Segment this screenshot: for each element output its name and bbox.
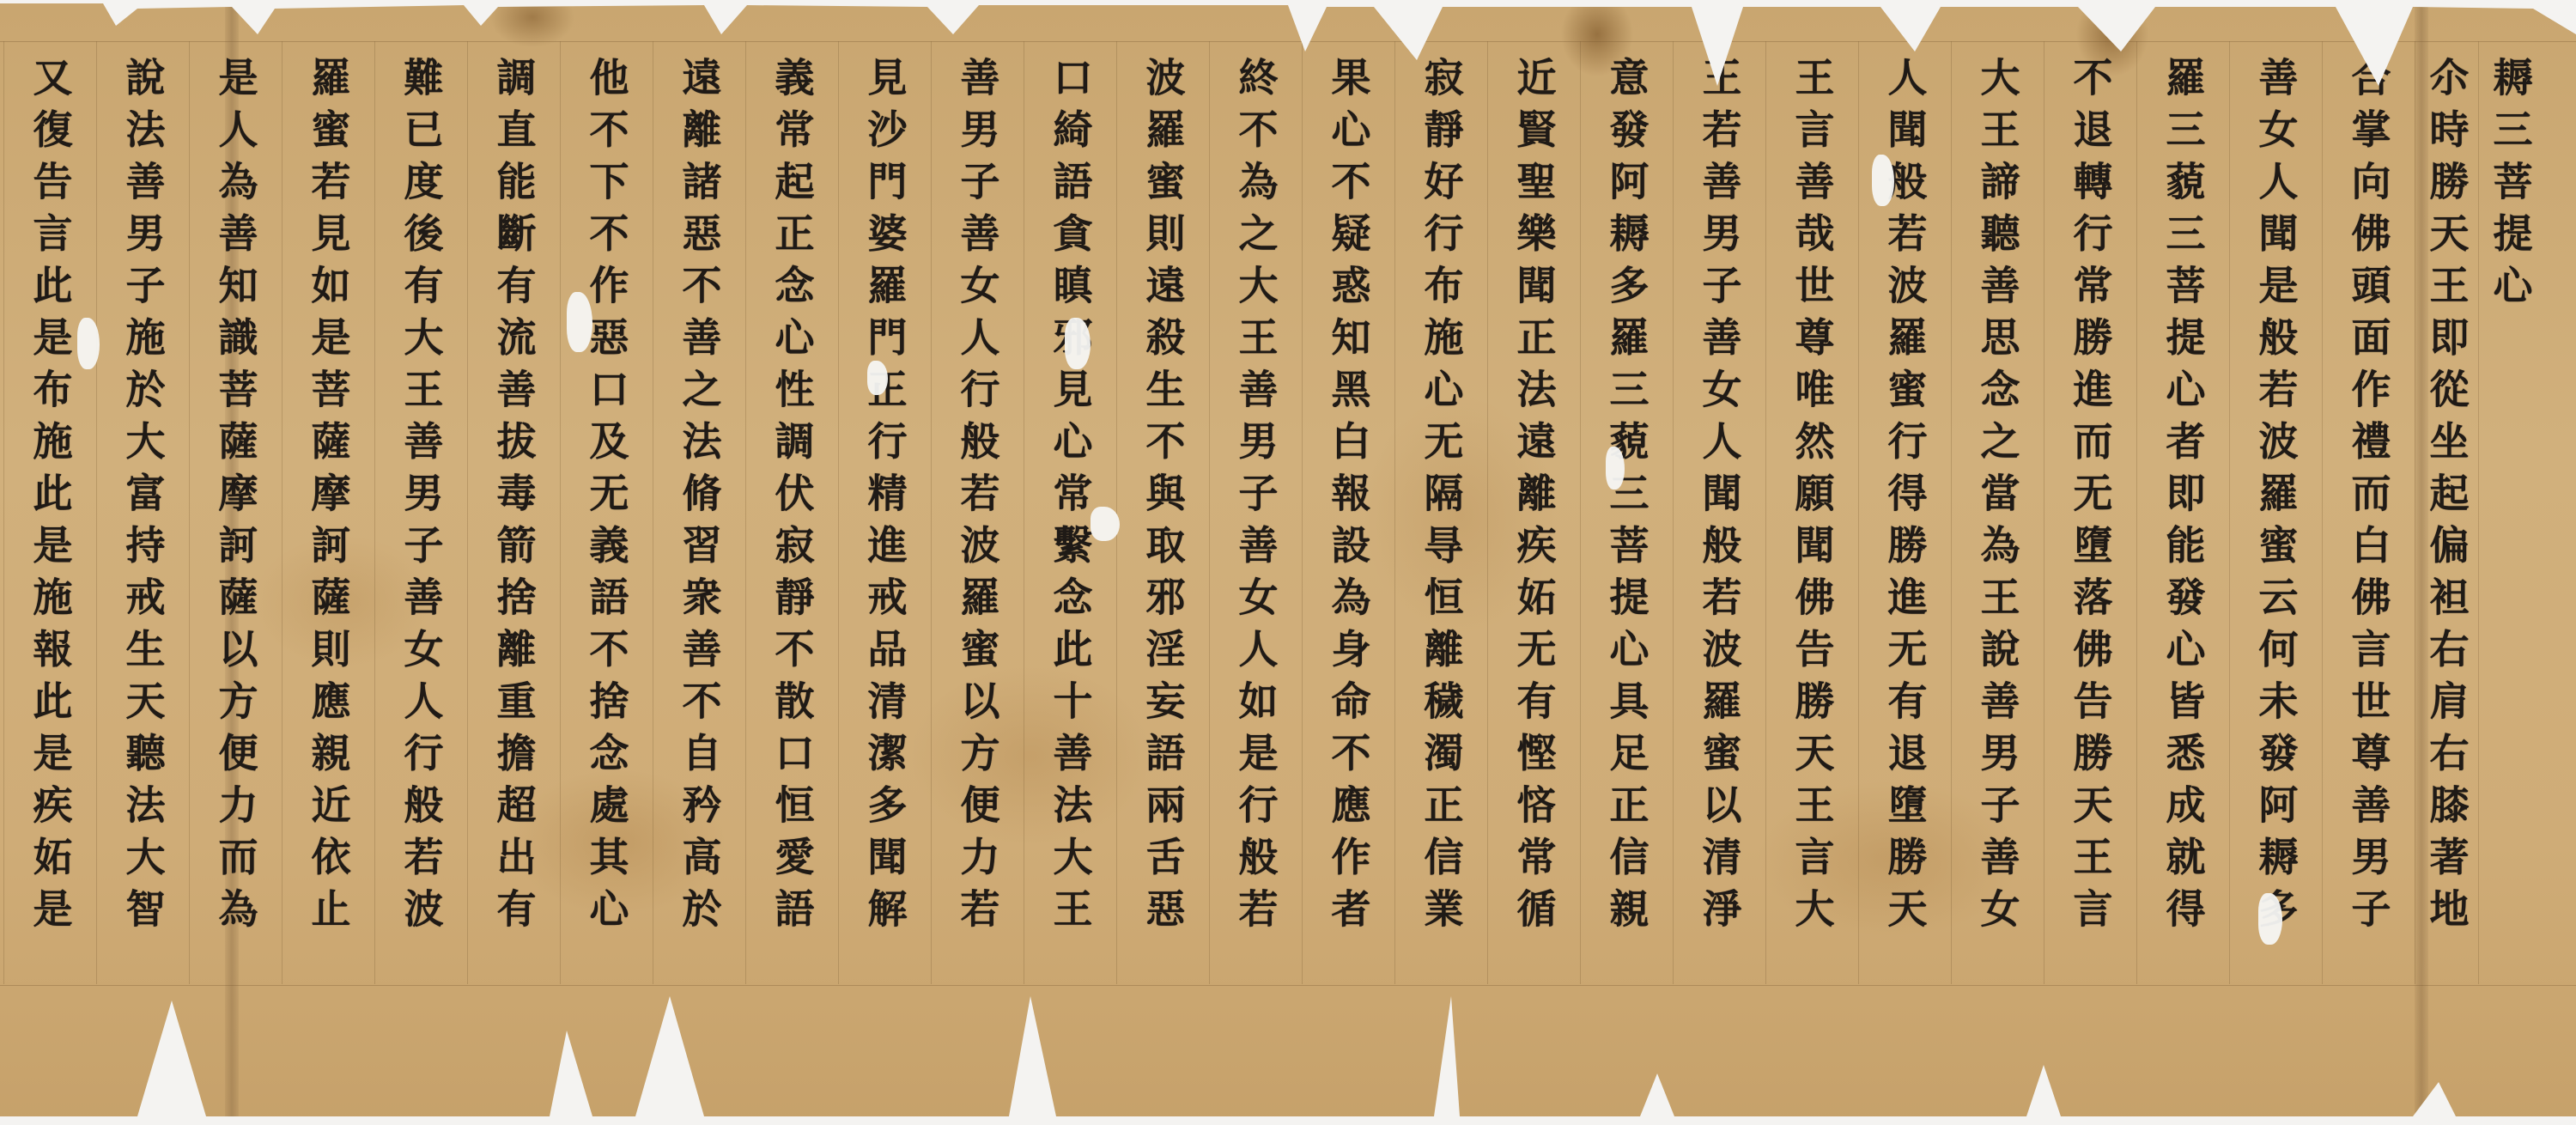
column-text: 羅蜜若見如是菩薩摩訶薩則應親近依止 xyxy=(309,57,349,984)
sutra-scroll: 耨三菩提心 尒時勝天王即從坐起偏袒右肩右膝著地 合掌向佛頭面作禮而白佛言世尊善男… xyxy=(0,0,2576,1125)
paper-hole xyxy=(1606,447,1625,490)
column-text: 尒時勝天王即從坐起偏袒右肩右膝著地 xyxy=(2427,57,2467,984)
paper-hole xyxy=(2258,893,2282,945)
column-text: 果心不疑惑知黑白報設為身命不應作者 xyxy=(1329,57,1369,984)
text-column: 是人為善知識菩薩摩訶薩以方便力而為 xyxy=(189,41,282,984)
column-text: 難已度後有大王善男子善女人行般若波 xyxy=(402,57,441,984)
text-column: 又復告言此是布施此是施報此是疾妬是 xyxy=(3,41,96,984)
column-text: 波羅蜜則遠殺生不與取邪淫妄語兩舌惡 xyxy=(1144,57,1183,984)
text-column: 王言善哉世尊唯然願聞佛告勝天王言大 xyxy=(1765,41,1858,984)
text-column: 調直能斷有流善拔毒箭捨離重擔超出有 xyxy=(467,41,560,984)
text-column: 善女人聞是般若波羅蜜云何未發阿耨多 xyxy=(2229,41,2322,984)
text-column: 意發阿耨多羅三藐三菩提心具足正信親 xyxy=(1580,41,1673,984)
paper-hole xyxy=(567,292,592,352)
text-column: 羅蜜若見如是菩薩摩訶薩則應親近依止 xyxy=(282,41,374,984)
column-text: 王若善男子善女人聞般若波羅蜜以清淨 xyxy=(1700,57,1740,984)
paper-hole xyxy=(1872,155,1894,206)
column-text: 遠離諸惡不善之法脩習衆善不自矜高於 xyxy=(680,57,720,984)
text-column: 波羅蜜則遠殺生不與取邪淫妄語兩舌惡 xyxy=(1116,41,1209,984)
text-column: 尒時勝天王即從坐起偏袒右肩右膝著地 xyxy=(2415,41,2478,984)
column-text: 羅三藐三菩提心者即能發心皆悉成就得 xyxy=(2164,57,2203,984)
column-text: 不退轉行常勝進而无墮落佛告勝天王言 xyxy=(2071,57,2111,984)
column-text: 善女人聞是般若波羅蜜云何未發阿耨多 xyxy=(2257,57,2296,984)
column-text: 說法善男子施於大富持戒生天聽法大智 xyxy=(124,57,163,984)
column-text: 合掌向佛頭面作禮而白佛言世尊善男子 xyxy=(2349,57,2389,984)
paper-hole xyxy=(1065,318,1091,369)
text-column: 大王諦聽善思念之當為王說善男子善女 xyxy=(1951,41,2044,984)
text-column: 合掌向佛頭面作禮而白佛言世尊善男子 xyxy=(2322,41,2415,984)
column-text: 近賢聖樂聞正法遠離疾妬无有慳悋常循 xyxy=(1515,57,1554,984)
column-text: 義常起正念心性調伏寂靜不散口恒愛語 xyxy=(773,57,812,984)
text-column: 見沙門婆羅門正行精進戒品清潔多聞解 xyxy=(838,41,931,984)
text-column: 終不為之大王善男子善女人如是行般若 xyxy=(1209,41,1302,984)
text-columns: 耨三菩提心 尒時勝天王即從坐起偏袒右肩右膝著地 合掌向佛頭面作禮而白佛言世尊善男… xyxy=(0,41,2542,984)
text-column: 寂靜好行布施心无隔㝵恒離穢濁正信業 xyxy=(1394,41,1487,984)
text-column: 遠離諸惡不善之法脩習衆善不自矜高於 xyxy=(653,41,745,984)
text-column: 他不下不作惡口及无義語不捨念處其心 xyxy=(560,41,653,984)
text-column: 耨三菩提心 xyxy=(2478,41,2542,984)
text-column: 果心不疑惑知黑白報設為身命不應作者 xyxy=(1302,41,1394,984)
text-column: 善男子善女人行般若波羅蜜以方便力若 xyxy=(931,41,1024,984)
column-text: 寂靜好行布施心无隔㝵恒離穢濁正信業 xyxy=(1422,57,1461,984)
column-text: 意發阿耨多羅三藐三菩提心具足正信親 xyxy=(1607,57,1647,984)
column-text: 口綺語貪瞋邪見心常繫念此十善法大王 xyxy=(1051,57,1091,984)
paper-hole xyxy=(1091,507,1120,541)
column-text: 善男子善女人行般若波羅蜜以方便力若 xyxy=(958,57,998,984)
paper-hole xyxy=(867,361,888,395)
text-column: 義常起正念心性調伏寂靜不散口恒愛語 xyxy=(745,41,838,984)
manuscript-viewer: 耨三菩提心 尒時勝天王即從坐起偏袒右肩右膝著地 合掌向佛頭面作禮而白佛言世尊善男… xyxy=(0,0,2576,1125)
text-column: 近賢聖樂聞正法遠離疾妬无有慳悋常循 xyxy=(1487,41,1580,984)
column-text: 見沙門婆羅門正行精進戒品清潔多聞解 xyxy=(866,57,905,984)
column-text: 王言善哉世尊唯然願聞佛告勝天王言大 xyxy=(1793,57,1832,984)
paper-hole xyxy=(77,318,100,369)
text-column: 說法善男子施於大富持戒生天聽法大智 xyxy=(96,41,189,984)
column-text: 終不為之大王善男子善女人如是行般若 xyxy=(1236,57,1276,984)
text-column: 難已度後有大王善男子善女人行般若波 xyxy=(374,41,467,984)
text-column: 王若善男子善女人聞般若波羅蜜以清淨 xyxy=(1673,41,1765,984)
text-column: 羅三藐三菩提心者即能發心皆悉成就得 xyxy=(2136,41,2229,984)
column-text: 他不下不作惡口及无義語不捨念處其心 xyxy=(587,57,627,984)
column-text: 調直能斷有流善拔毒箭捨離重擔超出有 xyxy=(495,57,534,984)
column-text: 耨三菩提心 xyxy=(2491,57,2530,984)
text-column: 不退轉行常勝進而无墮落佛告勝天王言 xyxy=(2044,41,2136,984)
column-text: 又復告言此是布施此是施報此是疾妬是 xyxy=(31,57,70,984)
column-text: 大王諦聽善思念之當為王說善男子善女 xyxy=(1978,57,2018,984)
column-text: 是人為善知識菩薩摩訶薩以方便力而為 xyxy=(216,57,256,984)
